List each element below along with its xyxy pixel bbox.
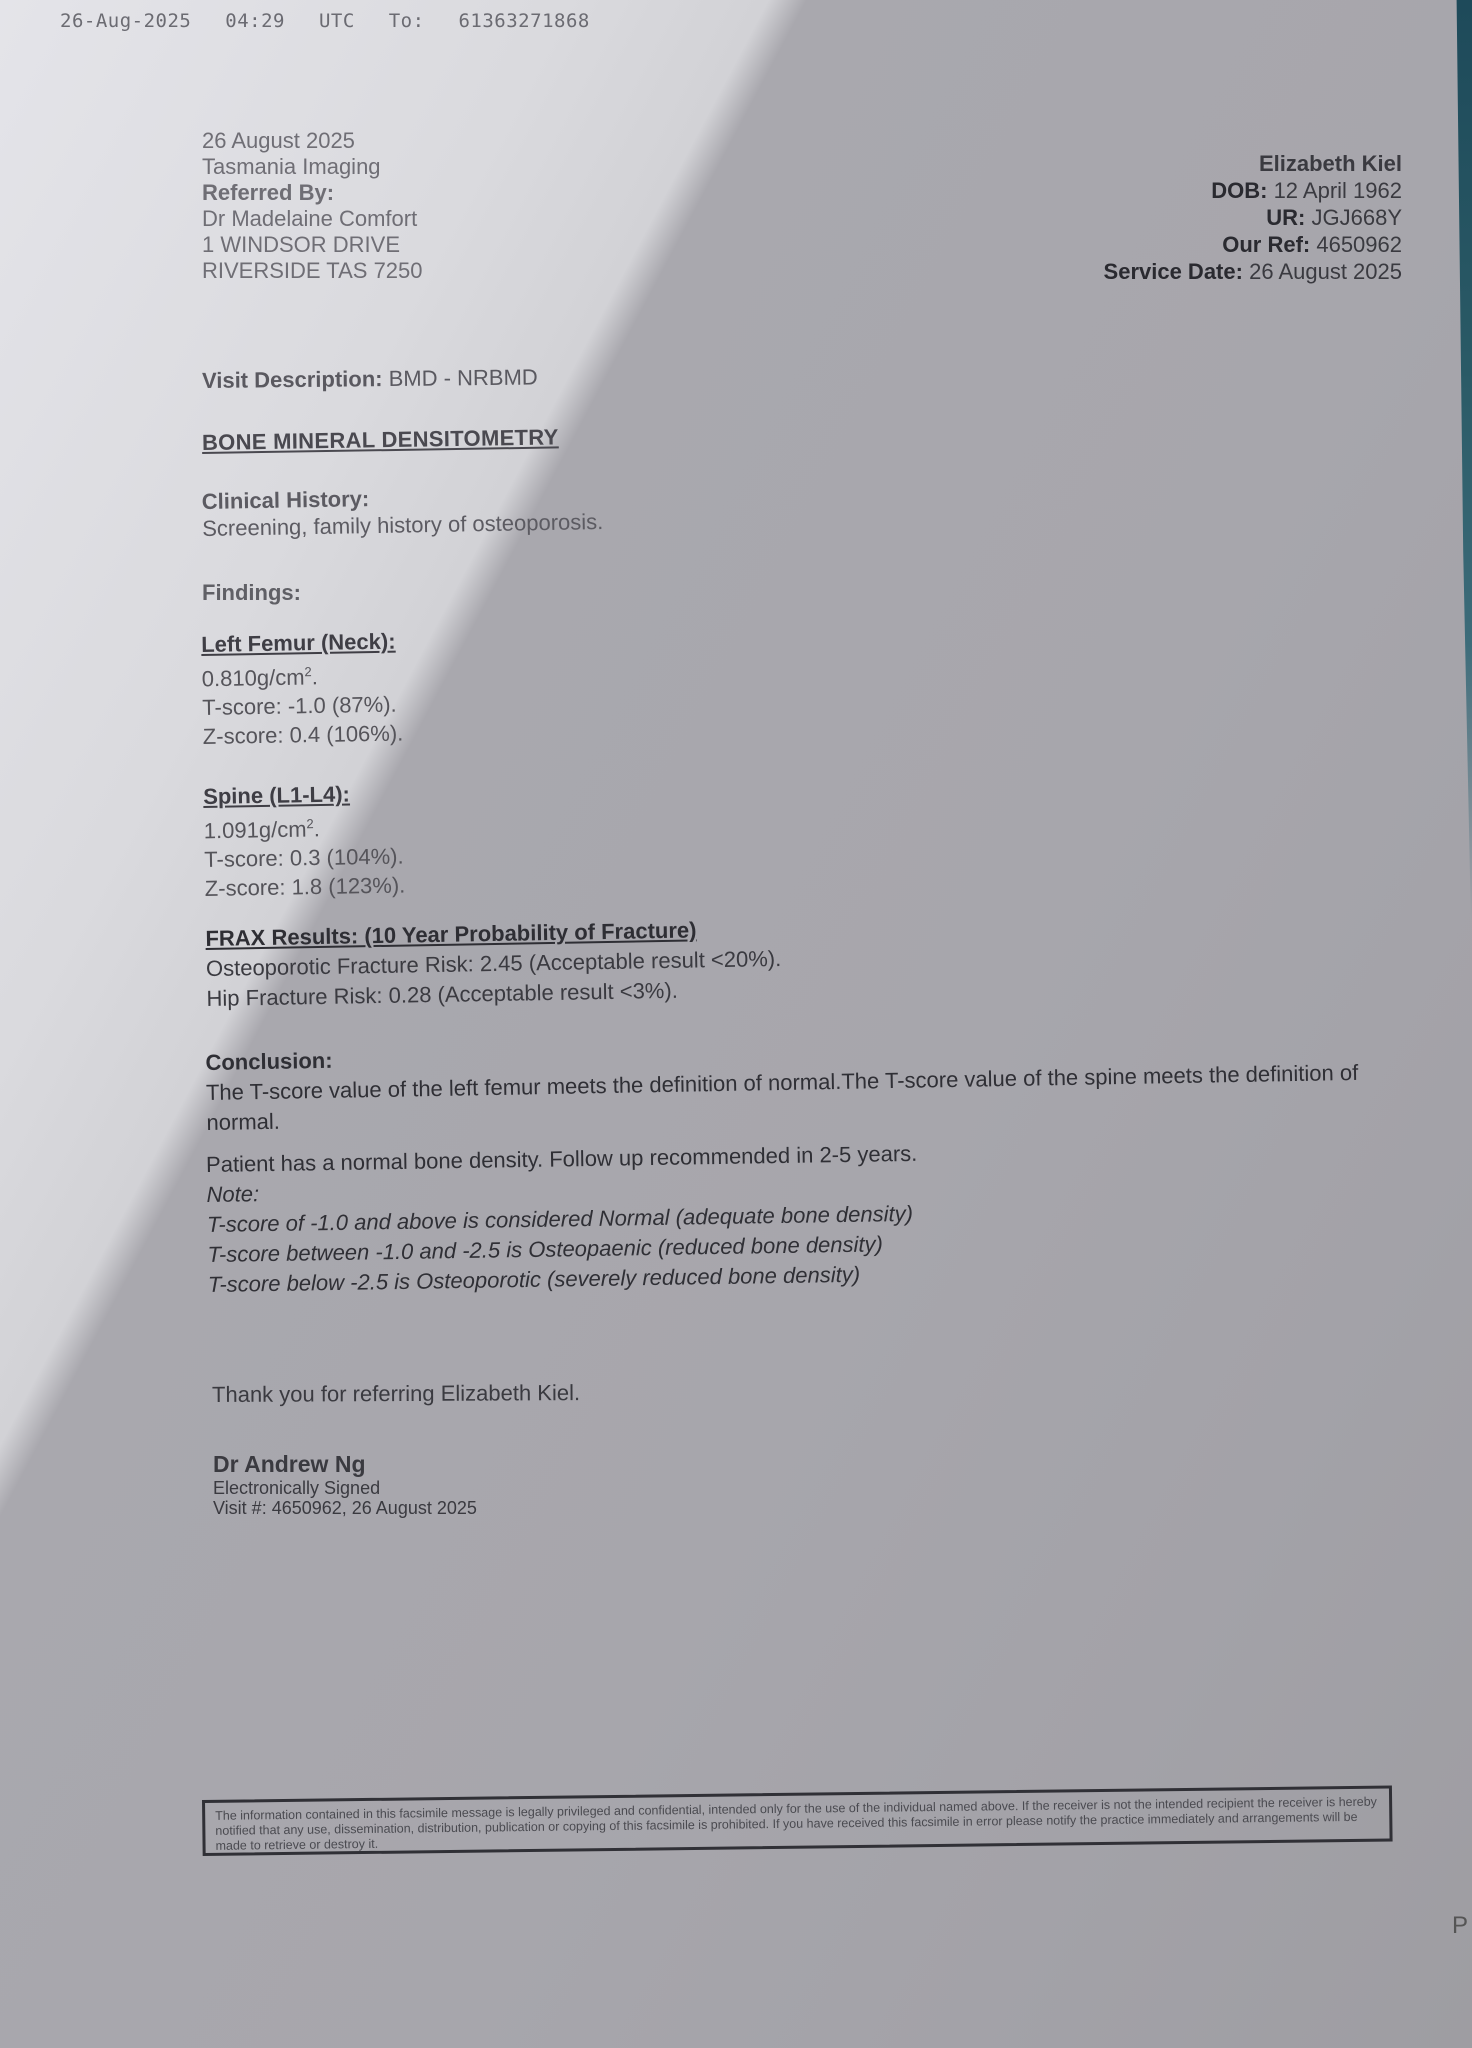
bmd-value: 1.091g/cm2. <box>203 808 404 846</box>
finding-left-femur: Left Femur (Neck): 0.810g/cm2. T-score: … <box>201 627 404 752</box>
sender-block: 26 August 2025 Tasmania Imaging Referred… <box>202 128 423 284</box>
clinical-history-text: Screening, family history of osteoporosi… <box>202 508 603 542</box>
site-heading: Left Femur (Neck): <box>201 627 402 659</box>
referred-by-label: Referred By: <box>202 180 423 206</box>
t-score: T-score: -1.0 (87%). <box>202 690 403 722</box>
report-title: BONE MINERAL DENSITOMETRY <box>202 424 559 456</box>
site-heading: Spine (L1-L4): <box>203 779 404 811</box>
patient-dob: DOB: 12 April 1962 <box>1104 177 1402 204</box>
fax-time: 04:29 <box>225 10 285 32</box>
findings-heading: Findings: <box>202 580 301 606</box>
z-score: Z-score: 0.4 (106%). <box>203 719 404 751</box>
referrer-address-line2: RIVERSIDE TAS 7250 <box>202 258 423 284</box>
bmd-value: 0.810g/cm2. <box>201 656 402 694</box>
fax-timezone: UTC <box>319 10 355 32</box>
frax-results: FRAX Results: (10 Year Probability of Fr… <box>205 914 782 1014</box>
confidentiality-disclaimer: The information contained in this facsim… <box>202 1785 1393 1856</box>
referrer-address-line1: 1 WINDSOR DRIVE <box>202 232 423 258</box>
finding-spine: Spine (L1-L4): 1.091g/cm2. T-score: 0.3 … <box>203 779 406 904</box>
practice-name: Tasmania Imaging <box>202 154 423 180</box>
letter-date: 26 August 2025 <box>202 128 423 154</box>
referrer-name: Dr Madelaine Comfort <box>202 206 423 232</box>
visit-number: Visit #: 4650962, 26 August 2025 <box>213 1498 477 1518</box>
background-edge <box>1450 0 1472 920</box>
reporting-doctor: Dr Andrew Ng <box>213 1450 477 1478</box>
clinical-history: Clinical History: Screening, family hist… <box>202 481 604 542</box>
patient-block: Elizabeth Kiel DOB: 12 April 1962 UR: JG… <box>1104 150 1402 285</box>
our-ref: Our Ref: 4650962 <box>1104 231 1402 258</box>
service-date: Service Date: 26 August 2025 <box>1104 258 1402 285</box>
fax-page: 26-Aug-2025 04:29 UTC To: 61363271868 26… <box>0 0 1472 2048</box>
fax-recipient: To: 61363271868 <box>389 10 590 32</box>
thanks-line: Thank you for referring Elizabeth Kiel. <box>212 1380 580 1408</box>
z-score: Z-score: 1.8 (123%). <box>205 871 406 903</box>
t-score: T-score: 0.3 (104%). <box>204 842 405 874</box>
signature-block: Dr Andrew Ng Electronically Signed Visit… <box>213 1450 477 1518</box>
conclusion: Conclusion: The T-score value of the lef… <box>205 1027 1406 1138</box>
fax-transmission-header: 26-Aug-2025 04:29 UTC To: 61363271868 <box>60 10 590 32</box>
fax-date: 26-Aug-2025 <box>60 10 191 32</box>
signed-status: Electronically Signed <box>213 1478 477 1498</box>
patient-name: Elizabeth Kiel <box>1104 150 1402 177</box>
page-label-fragment: P <box>1452 1912 1468 1940</box>
patient-ur: UR: JGJ668Y <box>1104 204 1402 231</box>
followup-and-notes: Patient has a normal bone density. Follo… <box>206 1139 920 1300</box>
visit-description: Visit Description: BMD - NRBMD <box>202 364 538 394</box>
